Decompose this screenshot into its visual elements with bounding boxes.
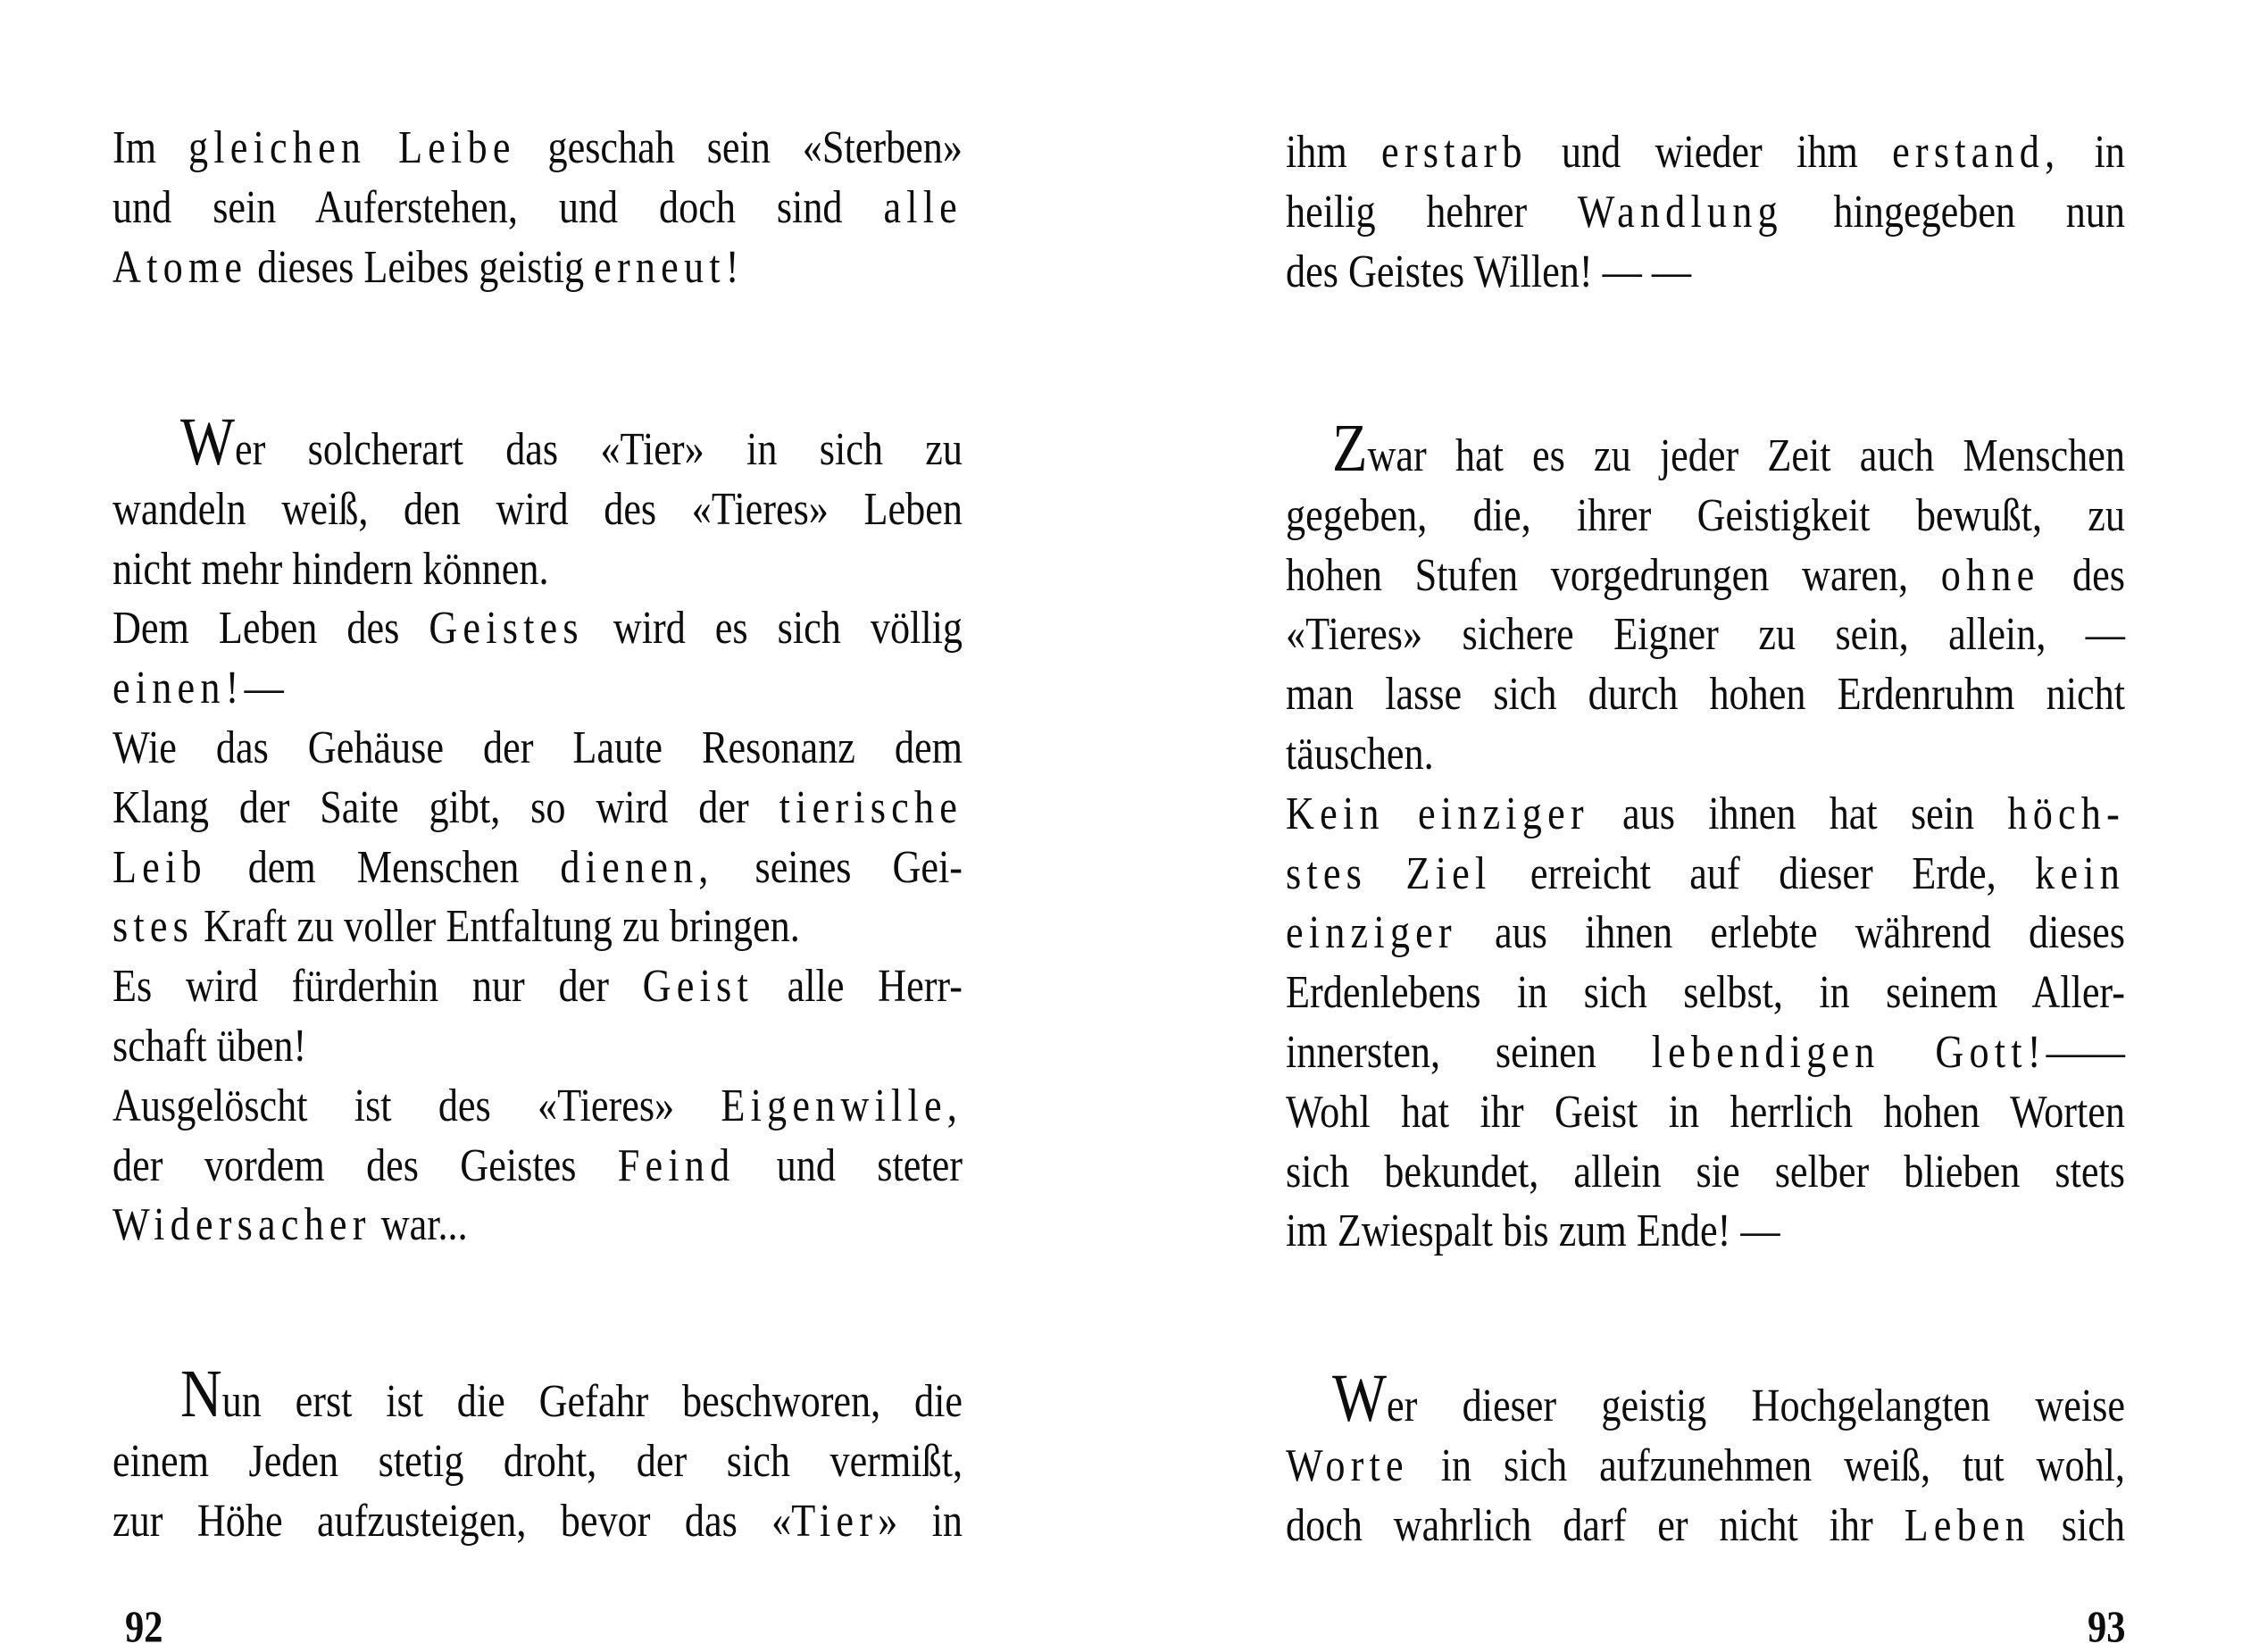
- text-run: un erst ist die Gefahr beschworen, die: [222, 1376, 963, 1427]
- text-line: Erdenlebens in sich selbst, in seinem Al…: [1286, 964, 2125, 1023]
- text-run: [366, 122, 398, 173]
- text-line: doch wahrlich darf er nicht ihr Leben si…: [1286, 1497, 2125, 1556]
- text-line: Klang der Saite gibt, so wird der tieris…: [113, 779, 963, 839]
- emphasized-text: Wandlung: [1578, 187, 1783, 238]
- text-run: er solcherart das «Tier» in sich zu: [235, 424, 963, 475]
- emphasized-text: erneut!: [594, 242, 744, 293]
- text-run: sich: [2030, 1500, 2125, 1551]
- emphasized-text: Ziel: [1406, 848, 1492, 899]
- text-run: » in: [878, 1496, 963, 1547]
- text-line: Widersacher war...: [113, 1196, 963, 1256]
- text-run: in: [2060, 127, 2125, 178]
- emphasized-text: tierische: [779, 782, 963, 833]
- text-line: Atome dieses Leibes geistig erneut!: [113, 238, 963, 298]
- emphasized-text: Leibe: [398, 122, 516, 173]
- emphasized-text: Geistes: [429, 603, 583, 654]
- text-line: einem Jeden stetig droht, der sich vermi…: [113, 1432, 963, 1492]
- emphasized-text: Eigenwille,: [721, 1080, 963, 1131]
- text-run: geschah sein «Sterben»: [516, 122, 963, 173]
- text-line: der vordem des Geistes Feind und steter: [113, 1137, 963, 1197]
- emphasized-text: Atome: [113, 242, 247, 293]
- emphasized-text: lebendigen: [1652, 1027, 1880, 1078]
- text-line: Wie das Gehäuse der Laute Resonanz dem: [113, 719, 963, 779]
- text-line: täuschen.: [1286, 725, 2125, 785]
- drop-initial: N: [180, 1356, 222, 1431]
- text-line: ihm erstarb und wieder ihm erstand, in: [1286, 123, 2125, 183]
- emphasized-text: höch-: [2007, 788, 2125, 839]
- text-run: Dem Leben des: [113, 603, 429, 654]
- text-run: wandeln weiß, den wird des «Tieres» Lebe…: [113, 484, 963, 535]
- text-run: hingegeben nun: [1783, 187, 2125, 238]
- emphasized-text: dienen,: [560, 842, 713, 893]
- emphasized-text: erstand,: [1892, 127, 2060, 178]
- text-line: man lasse sich durch hohen Erdenruhm nic…: [1286, 665, 2125, 725]
- text-run: erreicht auf dieser Erde,: [1491, 848, 2035, 899]
- text-line: Zwar hat es zu jeder Zeit auch Menschen: [1286, 427, 2125, 487]
- text-line: einziger aus ihnen erlebte während diese…: [1286, 904, 2125, 964]
- text-run: des Geistes Willen! — —: [1286, 246, 1691, 297]
- text-line: Leib dem Menschen dienen, seines Gei-: [113, 839, 963, 898]
- text-run: man lasse sich durch hohen Erdenruhm nic…: [1286, 669, 2125, 720]
- text-line: heilig hehrer Wandlung hingegeben nun: [1286, 183, 2125, 243]
- text-line: Worte in sich aufzunehmen weiß, tut wohl…: [1286, 1437, 2125, 1497]
- text-line: Wohl hat ihr Geist in herrlich hohen Wor…: [1286, 1083, 2125, 1143]
- text-run: Es wird fürderhin nur der: [113, 961, 643, 1012]
- emphasized-text: Widersacher: [113, 1199, 371, 1250]
- text-line: nicht mehr hindern können.: [113, 540, 963, 600]
- text-run: schaft üben!: [113, 1021, 306, 1072]
- text-run: Erdenlebens in sich selbst, in seinem Al…: [1286, 967, 2125, 1018]
- text-line: sich bekundet, allein sie selber blieben…: [1286, 1143, 2125, 1203]
- text-run: und wieder ihm: [1528, 127, 1892, 178]
- text-run: und sein Auferstehen, und doch sind: [113, 182, 883, 233]
- text-run: gegeben, die, ihrer Geistigkeit bewußt, …: [1286, 490, 2125, 541]
- emphasized-text: Feind: [618, 1140, 736, 1191]
- text-line: Kein einziger aus ihnen hat sein höch-: [1286, 785, 2125, 845]
- paragraph-block: ihm erstarb und wieder ihm erstand, inhe…: [1286, 123, 2125, 302]
- emphasized-text: Leben: [1905, 1500, 2030, 1551]
- text-run: täuschen.: [1286, 729, 1434, 780]
- text-line: des Geistes Willen! — —: [1286, 243, 2125, 303]
- text-run: seines Gei-: [714, 842, 963, 893]
- text-run: [1385, 788, 1418, 839]
- text-run: ihm: [1286, 127, 1381, 178]
- text-line: stes Ziel erreicht auf dieser Erde, kein: [1286, 845, 2125, 905]
- emphasized-text: Tier: [791, 1496, 878, 1547]
- paragraph-block: Wer dieser geistig Hochgelangten weiseWo…: [1286, 1377, 2125, 1556]
- text-run: dieses Leibes geistig: [247, 242, 594, 293]
- emphasized-text: erstarb: [1381, 127, 1528, 178]
- text-line: innersten, seinen lebendigen Gott!——: [1286, 1023, 2125, 1083]
- emphasized-text: kein: [2035, 848, 2125, 899]
- text-run: doch wahrlich darf er nicht ihr: [1286, 1500, 1905, 1551]
- text-run: «Tieres» sichere Eigner zu sein, allein,…: [1286, 609, 2125, 660]
- text-run: dem Menschen: [207, 842, 561, 893]
- text-run: Im: [113, 122, 188, 173]
- text-run: Wie das Gehäuse der Laute Resonanz dem: [113, 722, 963, 773]
- text-run: aus ihnen hat sein: [1589, 788, 2008, 839]
- text-run: im Zwiespalt bis zum Ende! —: [1286, 1206, 1780, 1256]
- text-run: war...: [371, 1199, 468, 1250]
- emphasized-text: Worte: [1286, 1440, 1409, 1491]
- text-line: Nun erst ist die Gefahr beschworen, die: [113, 1372, 963, 1432]
- text-line: hohen Stufen vorgedrungen waren, ohne de…: [1286, 546, 2125, 606]
- text-run: innersten, seinen: [1286, 1027, 1652, 1078]
- text-line: Wer dieser geistig Hochgelangten weise: [1286, 1377, 2125, 1437]
- text-run: zur Höhe aufzusteigen, bevor das «: [113, 1496, 791, 1547]
- drop-initial: W: [180, 405, 235, 480]
- emphasized-text: alle: [883, 182, 963, 233]
- text-run: einem Jeden stetig droht, der sich vermi…: [113, 1436, 963, 1487]
- paragraph-block: Nun erst ist die Gefahr beschworen, diee…: [113, 1372, 963, 1551]
- emphasized-text: stes: [1286, 848, 1367, 899]
- text-line: gegeben, die, ihrer Geistigkeit bewußt, …: [1286, 487, 2125, 546]
- drop-initial: Z: [1332, 411, 1367, 486]
- text-run: in sich aufzunehmen weiß, tut wohl,: [1409, 1440, 2125, 1491]
- paragraph-block: Im gleichen Leibe geschah sein «Sterben»…: [113, 119, 963, 297]
- text-line: im Zwiespalt bis zum Ende! —: [1286, 1202, 2125, 1262]
- page-right: ihm erstarb und wieder ihm erstand, inhe…: [1129, 0, 2259, 1652]
- text-line: Es wird fürderhin nur der Geist alle Her…: [113, 957, 963, 1017]
- page-left: Im gleichen Leibe geschah sein «Sterben»…: [0, 0, 1129, 1652]
- text-run: hohen Stufen vorgedrungen waren,: [1286, 550, 1941, 601]
- page-number: 93: [2088, 1604, 2126, 1648]
- emphasized-text: gleichen: [188, 122, 366, 173]
- text-line: einen!—: [113, 659, 963, 719]
- text-run: alle Herr-: [754, 961, 963, 1012]
- text-line: Dem Leben des Geistes wird es sich völli…: [113, 599, 963, 659]
- text-run: war hat es zu jeder Zeit auch Menschen: [1367, 430, 2125, 481]
- emphasized-text: Gott!: [1935, 1027, 2046, 1078]
- emphasized-text: Kein: [1286, 788, 1385, 839]
- text-line: und sein Auferstehen, und doch sind alle: [113, 179, 963, 238]
- text-run: und steter: [735, 1140, 963, 1191]
- text-line: zur Höhe aufzusteigen, bevor das «Tier» …: [113, 1492, 963, 1552]
- text-run: heilig hehrer: [1286, 187, 1578, 238]
- text-run: der vordem des Geistes: [113, 1140, 618, 1191]
- drop-initial: W: [1332, 1361, 1387, 1436]
- text-run: Wohl hat ihr Geist in herrlich hohen Wor…: [1286, 1087, 2125, 1138]
- text-run: des: [2039, 550, 2125, 601]
- paragraph-block: Zwar hat es zu jeder Zeit auch Menscheng…: [1286, 427, 2125, 1262]
- text-run: ——: [2046, 1027, 2125, 1078]
- emphasized-text: einziger: [1286, 907, 1457, 958]
- text-run: —: [245, 663, 284, 713]
- text-run: [1880, 1027, 1935, 1078]
- paragraph-block: Wer solcherart das «Tier» in sich zuwand…: [113, 421, 963, 1256]
- text-run: Klang der Saite gibt, so wird der: [113, 782, 779, 833]
- text-run: Ausgelöscht ist des «Tieres»: [113, 1080, 721, 1131]
- text-line: «Tieres» sichere Eigner zu sein, allein,…: [1286, 605, 2125, 665]
- page-number: 92: [125, 1604, 163, 1648]
- text-line: wandeln weiß, den wird des «Tieres» Lebe…: [113, 480, 963, 540]
- text-line: Wer solcherart das «Tier» in sich zu: [113, 421, 963, 480]
- emphasized-text: Geist: [643, 961, 754, 1012]
- emphasized-text: einziger: [1418, 788, 1589, 839]
- text-run: sich bekundet, allein sie selber blieben…: [1286, 1147, 2125, 1197]
- book-spread: Im gleichen Leibe geschah sein «Sterben»…: [0, 0, 2259, 1652]
- text-line: schaft üben!: [113, 1017, 963, 1077]
- text-run: [1367, 848, 1405, 899]
- text-line: Ausgelöscht ist des «Tieres» Eigenwille,: [113, 1077, 963, 1137]
- text-line: Im gleichen Leibe geschah sein «Sterben»: [113, 119, 963, 179]
- text-run: nicht mehr hindern können.: [113, 544, 549, 595]
- emphasized-text: einen!: [113, 663, 245, 713]
- emphasized-text: ohne: [1941, 550, 2040, 601]
- emphasized-text: Leib: [113, 842, 207, 893]
- text-run: er dieser geistig Hochgelangten weise: [1387, 1381, 2125, 1431]
- text-run: Kraft zu voller Entfaltung zu bringen.: [194, 901, 800, 952]
- text-line: stes Kraft zu voller Entfaltung zu bring…: [113, 897, 963, 957]
- text-run: aus ihnen erlebte während dieses: [1457, 907, 2125, 958]
- emphasized-text: stes: [113, 901, 194, 952]
- text-run: wird es sich völlig: [584, 603, 963, 654]
